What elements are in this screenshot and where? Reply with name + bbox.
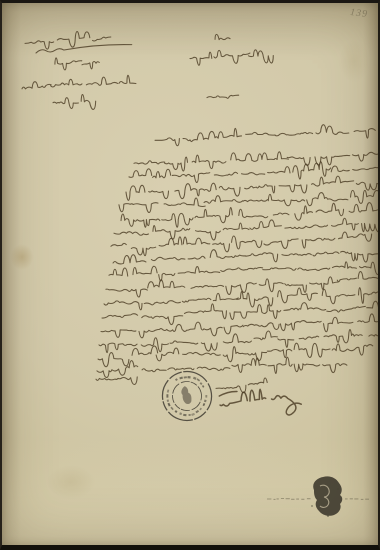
stamp-ring-text-mark [183, 414, 186, 416]
footer-print-text [267, 499, 311, 500]
stamp-group [157, 366, 216, 425]
stamp-center-figure [180, 385, 193, 405]
stamp-ring-text-mark [175, 411, 177, 413]
hw-ref-secondary-line [55, 56, 100, 71]
hw-body-line-10 [106, 271, 380, 300]
emblem-speck [327, 515, 329, 517]
hw-ref-underline-flourish [36, 44, 132, 53]
hw-closing-flourish [215, 378, 268, 396]
stamp-ring-text-mark [188, 376, 191, 378]
stamp-ring-text-mark [168, 403, 169, 406]
stamp-ring-text-mark [184, 377, 187, 378]
archive-crest-detail [320, 485, 329, 507]
hw-body-line-9 [109, 257, 380, 284]
stamp-ring-text-mark [180, 413, 182, 415]
hw-docket-note [190, 47, 274, 69]
hw-signature [219, 386, 302, 421]
hw-body-line-13 [101, 314, 380, 341]
stamp-ring-text-mark [193, 377, 196, 379]
hw-addressee-line [155, 122, 376, 147]
stamp-ring-text-mark [196, 411, 199, 413]
hw-body-line-15 [98, 338, 374, 367]
archive-crest-emblem [313, 476, 342, 515]
hw-body-line-1 [134, 147, 380, 173]
emblem-speck [337, 488, 339, 490]
hw-body-line-12 [102, 297, 380, 327]
hw-body-line-8 [113, 243, 379, 271]
stamp-ring-text-mark [191, 414, 194, 415]
hw-body-line-2 [129, 159, 380, 185]
stamp-ring-text-mark [205, 400, 207, 402]
stamp-ring-text-mark [168, 400, 169, 402]
hw-dateline [22, 75, 136, 92]
stamp-ring-text-mark [206, 395, 207, 398]
hw-body-line-11 [104, 285, 380, 313]
hw-body-line-14 [99, 327, 380, 356]
stamp-ring-text-mark [189, 415, 191, 416]
stamp-ring-text-mark [203, 403, 205, 405]
stamp-ring-text-mark [197, 378, 200, 381]
stamp-ring-text-mark [167, 390, 169, 393]
hw-year-line [53, 94, 96, 112]
archival-page-number: 139 [349, 7, 368, 20]
letter-scan-page: 139 [0, 0, 380, 550]
stamp-ring-text-mark [171, 407, 173, 410]
hw-body-line-6 [114, 216, 380, 244]
stamp-ring-text-mark [180, 377, 183, 378]
emblem-speck [311, 505, 313, 507]
stamp-outer-ring [157, 366, 216, 425]
hw-ref-number-line [25, 30, 112, 51]
stamp-ring-text-mark [200, 382, 202, 384]
paper-stain [36, 458, 106, 506]
footer-print-text [345, 499, 369, 500]
stamp-inner-ring [169, 378, 204, 413]
hw-body-line-16 [97, 352, 348, 381]
hw-body-line-4 [119, 189, 380, 213]
stamp-ring-text-mark [203, 385, 204, 387]
paper-stain [6, 239, 38, 275]
round-ink-stamp [2, 3, 380, 550]
stamp-ring-text-mark [167, 394, 169, 397]
hw-body-line-3 [126, 174, 380, 200]
paper-stain [332, 31, 376, 91]
handwriting-ink-layer [2, 3, 380, 550]
hw-docket-accent [214, 33, 230, 41]
stamp-ring-text-mark [175, 379, 177, 380]
hw-salutation-pros [207, 94, 239, 99]
hw-body-line-5 [121, 202, 380, 230]
stamp-ring-text-mark [200, 408, 202, 410]
hw-body-line-17 [96, 377, 138, 386]
archive-footer-watermark [2, 3, 380, 550]
hw-body-line-7 [111, 230, 372, 258]
